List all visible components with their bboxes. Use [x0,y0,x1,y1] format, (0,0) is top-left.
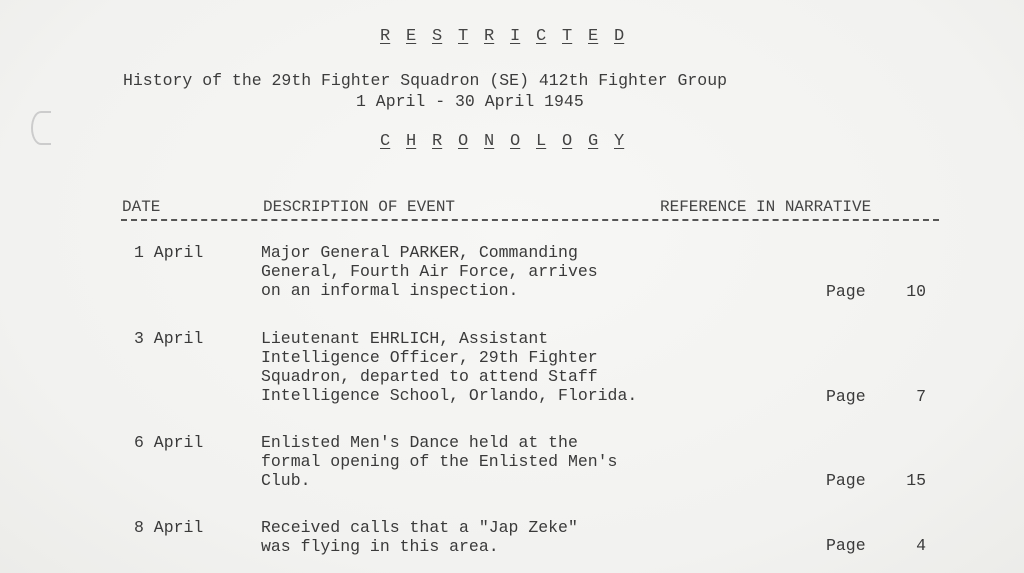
section-letter: L [536,132,562,151]
reference-page: 10 [898,282,926,301]
header-underline [121,219,939,221]
classification-letter: R [484,27,510,46]
document-date-range: 1 April - 30 April 1945 [356,92,584,111]
classification-letter: C [536,27,562,46]
entry-reference: Page 7 [826,387,926,406]
section-letter: O [458,132,484,151]
entry-date: 6 April [134,433,203,452]
section-letter: G [588,132,614,151]
binder-hole-mark [31,111,51,145]
entry-reference: Page 4 [826,536,926,555]
document-page: RESTRICTED History of the 29th Fighter S… [0,0,1024,573]
classification-letter: E [588,27,614,46]
classification-letter: D [614,27,640,46]
reference-page: 15 [898,471,926,490]
entry-description: Enlisted Men's Dance held at the formal … [261,433,617,490]
section-letter: O [562,132,588,151]
section-letter: N [484,132,510,151]
entry-description: Lieutenant EHRLICH, Assistant Intelligen… [261,329,637,405]
classification-letter: T [458,27,484,46]
column-header-description: DESCRIPTION OF EVENT [263,198,455,216]
section-letter: C [380,132,406,151]
document-title: History of the 29th Fighter Squadron (SE… [123,71,727,90]
section-heading: CHRONOLOGY [380,132,640,151]
entry-description: Received calls that a "Jap Zeke" was fly… [261,518,578,556]
section-letter: Y [614,132,640,151]
entry-date: 8 April [134,518,203,537]
classification-letter: E [406,27,432,46]
reference-page: 7 [898,387,926,406]
section-letter: R [432,132,458,151]
reference-label: Page [826,282,866,301]
section-letter: H [406,132,432,151]
classification-letter: I [510,27,536,46]
entry-date: 1 April [134,243,203,262]
classification-letter: T [562,27,588,46]
reference-label: Page [826,536,866,555]
column-header-reference: REFERENCE IN NARRATIVE [660,198,871,216]
entry-date: 3 April [134,329,203,348]
classification-letter: R [380,27,406,46]
classification-letter: S [432,27,458,46]
section-letter: O [510,132,536,151]
entry-reference: Page 15 [826,471,926,490]
column-header-date: DATE [122,198,160,216]
reference-label: Page [826,387,866,406]
entry-reference: Page 10 [826,282,926,301]
reference-page: 4 [898,536,926,555]
classification-heading: RESTRICTED [380,27,640,46]
entry-description: Major General PARKER, Commanding General… [261,243,598,300]
reference-label: Page [826,471,866,490]
